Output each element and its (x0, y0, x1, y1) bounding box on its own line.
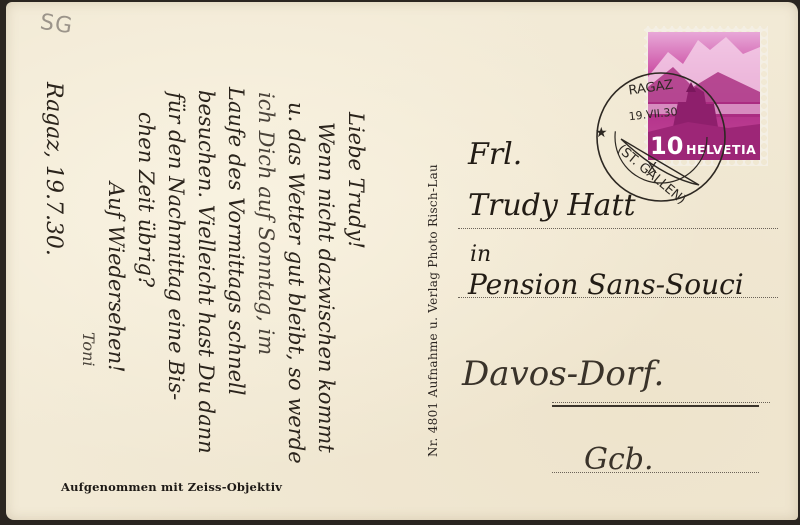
postcard: SG Ragaz, 19.7.30. Liebe Trudy! Wenn nic… (6, 2, 798, 520)
postmark-date: 19.VII.30 (628, 105, 678, 123)
printed-caption: Aufgenommen mit Zeiss-Objektiv (61, 480, 282, 494)
city-underline (552, 405, 759, 407)
address-line-1 (458, 228, 778, 229)
address-city: Davos-Dorf. (462, 354, 664, 394)
message-line: Liebe Trudy! (344, 112, 368, 249)
message-line: Wenn nicht dazwischen kommt (314, 122, 338, 453)
message-place-date: Ragaz, 19.7.30. (41, 82, 66, 256)
message-line: besuchen. Vielleicht hast Du dann (194, 90, 218, 454)
address-in-label: in (470, 242, 491, 267)
message-line: Auf Wiedersehen! (104, 182, 128, 373)
message-line: u. das Wetter gut bleibt, so werde (284, 102, 308, 464)
postmark-star-icon: ★ (595, 125, 608, 141)
postmark-town: RAGAZ (628, 77, 675, 98)
address-salutation: Frl. (468, 137, 522, 172)
publisher-credit: Nr. 4801 Aufnahme u. Verlag Photo Risch-… (426, 164, 440, 457)
message-line: für den Nachmittag eine Bis- (164, 92, 188, 400)
address-line-2 (458, 297, 778, 298)
message-line: chen Zeit übrig? (134, 112, 158, 287)
address-line-4 (552, 472, 759, 473)
message-line: Laufe des Vormittags schnell (224, 87, 248, 395)
address-name: Trudy Hatt (468, 188, 636, 223)
message-line: ich Dich auf Sonntag, im (254, 92, 278, 355)
address-line-3 (552, 402, 770, 403)
pencil-note: SG (38, 10, 74, 39)
message-signature: Toni (79, 332, 98, 366)
